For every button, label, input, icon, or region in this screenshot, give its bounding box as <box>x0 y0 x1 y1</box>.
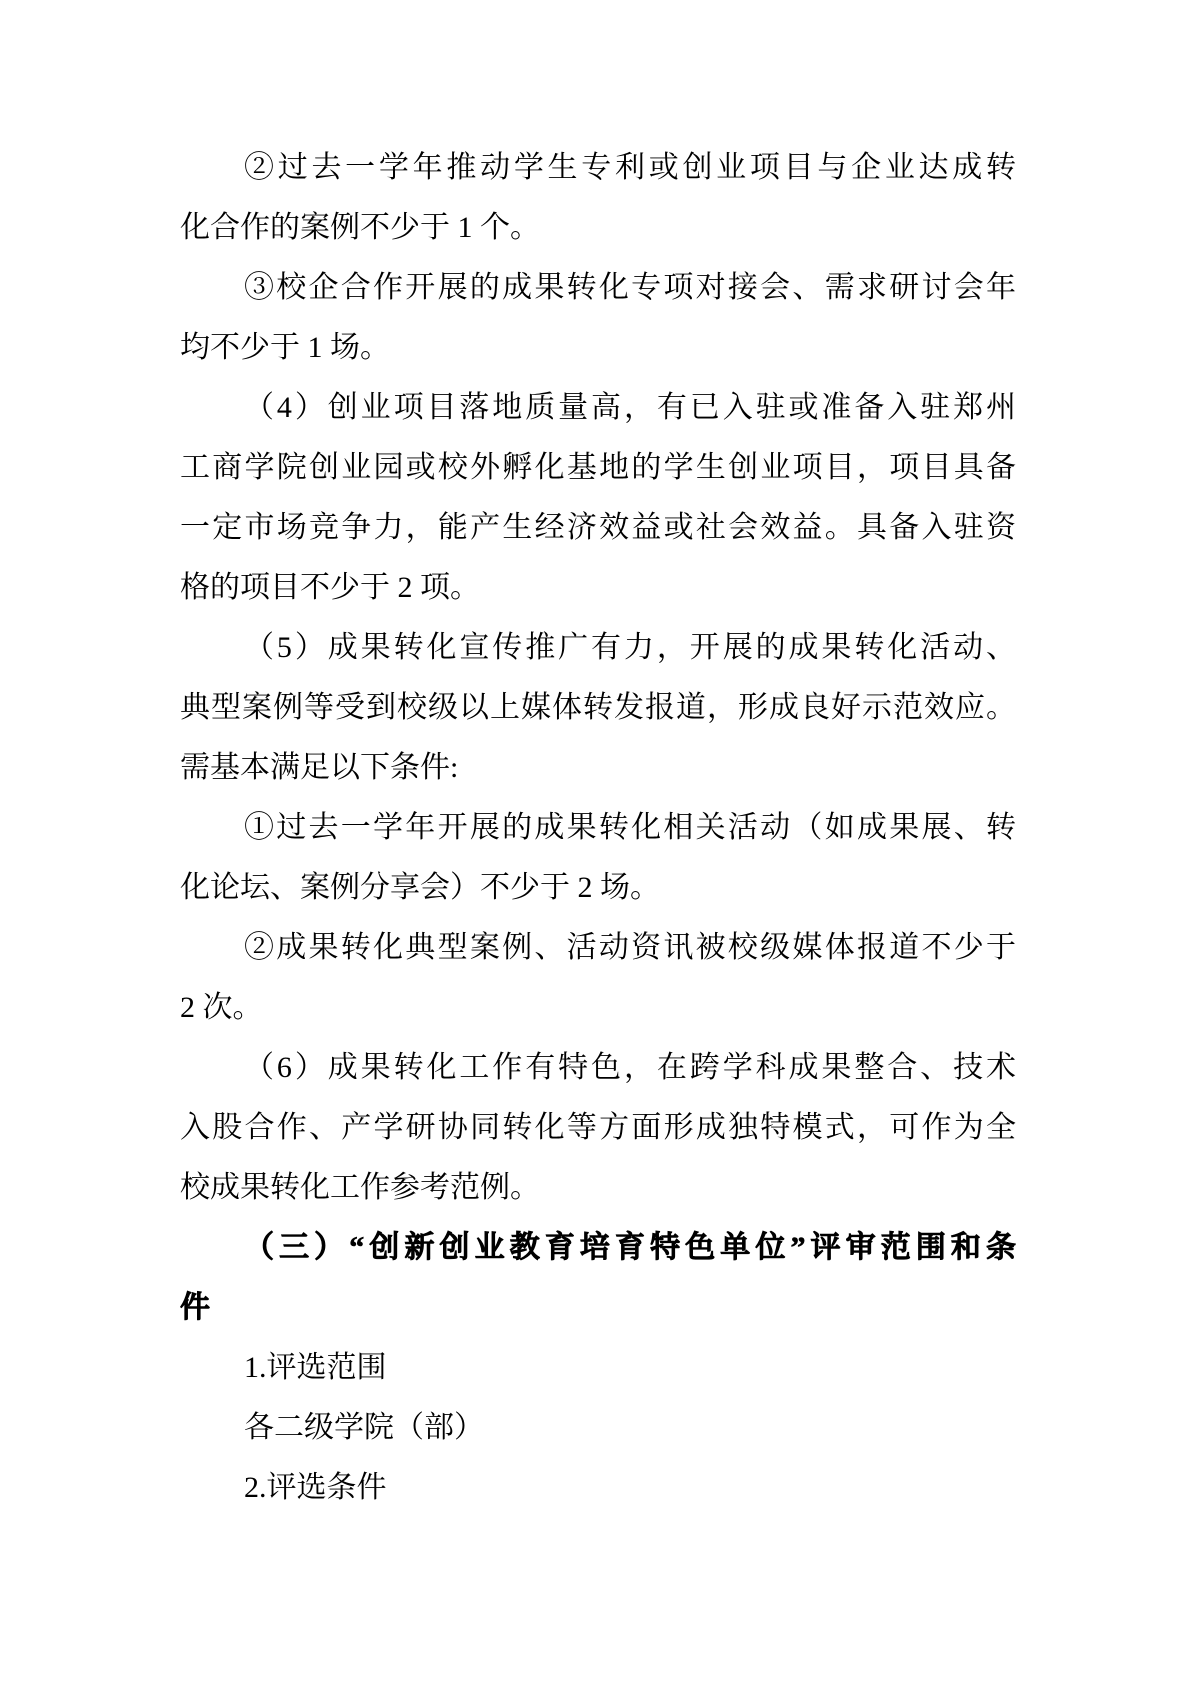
body-text-line: ②成果转化典型案例、活动资讯被校级媒体报道不少于 <box>180 918 1016 978</box>
body-text-line: （6）成果转化工作有特色，在跨学科成果整合、技术 <box>180 1038 1016 1098</box>
document-page: ②过去一学年推动学生专利或创业项目与企业达成转化合作的案例不少于 1 个。③校企… <box>0 0 1191 1684</box>
body-text-line: 典型案例等受到校级以上媒体转发报道，形成良好示范效应。 <box>180 678 1016 738</box>
body-text-line: ②过去一学年推动学生专利或创业项目与企业达成转 <box>180 138 1016 198</box>
body-text-line: 化论坛、案例分享会）不少于 2 场。 <box>180 858 1016 918</box>
body-text-line: 化合作的案例不少于 1 个。 <box>180 198 1016 258</box>
body-text-line: 一定市场竞争力，能产生经济效益或社会效益。具备入驻资 <box>180 498 1016 558</box>
body-text-line: 需基本满足以下条件: <box>180 738 1016 798</box>
body-text-line: （4）创业项目落地质量高，有已入驻或准备入驻郑州 <box>180 378 1016 438</box>
body-text-line: 2.评选条件 <box>180 1458 1016 1518</box>
section-heading-line: 件 <box>180 1278 1016 1338</box>
section-heading-line: （三）“创新创业教育培育特色单位”评审范围和条 <box>180 1218 1016 1278</box>
body-text-line: 1.评选范围 <box>180 1338 1016 1398</box>
body-text-line: 工商学院创业园或校外孵化基地的学生创业项目，项目具备 <box>180 438 1016 498</box>
body-text-line: 入股合作、产学研协同转化等方面形成独特模式，可作为全 <box>180 1098 1016 1158</box>
body-text-line: ③校企合作开展的成果转化专项对接会、需求研讨会年 <box>180 258 1016 318</box>
body-text-line: 格的项目不少于 2 项。 <box>180 558 1016 618</box>
body-text-line: 均不少于 1 场。 <box>180 318 1016 378</box>
body-text-line: （5）成果转化宣传推广有力，开展的成果转化活动、 <box>180 618 1016 678</box>
body-text-line: 校成果转化工作参考范例。 <box>180 1158 1016 1218</box>
body-text-line: 2 次。 <box>180 978 1016 1038</box>
body-text-line: 各二级学院（部） <box>180 1398 1016 1458</box>
body-text-line: ①过去一学年开展的成果转化相关活动（如成果展、转 <box>180 798 1016 858</box>
document-body: ②过去一学年推动学生专利或创业项目与企业达成转化合作的案例不少于 1 个。③校企… <box>180 138 1016 1518</box>
